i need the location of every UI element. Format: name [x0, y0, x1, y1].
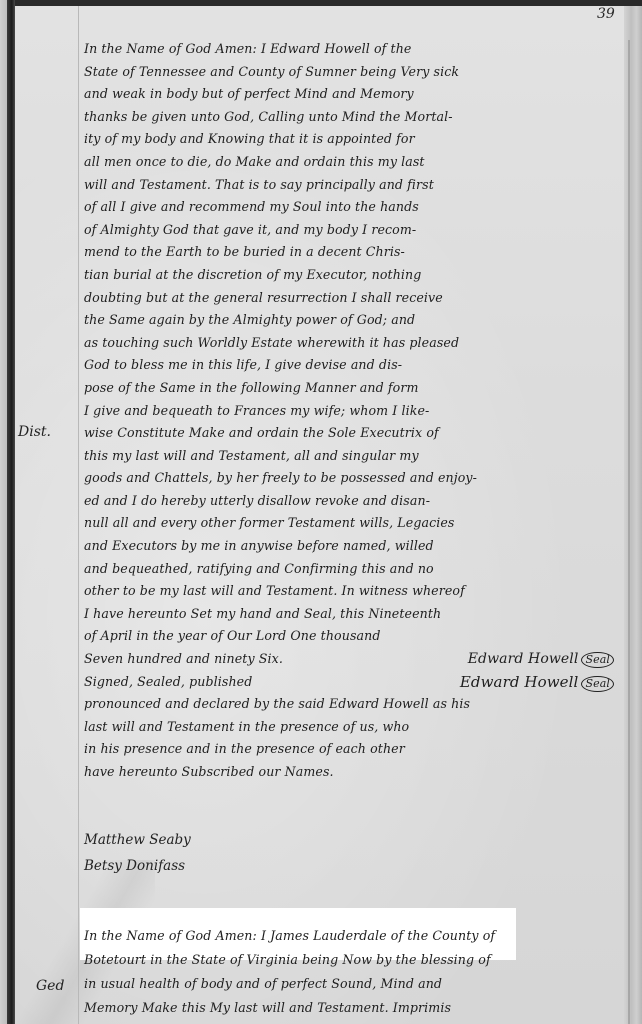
attestation-line: last will and Testament in the presence … [84, 716, 624, 739]
signature-name: Edward Howell [468, 651, 579, 667]
will-line: of April in the year of Our Lord One tho… [84, 625, 624, 648]
page-number: 39 [597, 6, 615, 22]
attestation-line: have hereunto Subscribed our Names. [84, 761, 624, 784]
will-line: tian burial at the discretion of my Exec… [84, 264, 624, 287]
will-line: and Executors by me in anywise before na… [84, 535, 624, 558]
seal-mark: Seal [581, 676, 614, 692]
will-line: mend to the Earth to be buried in a dece… [84, 241, 624, 264]
will-line: all men once to die, do Make and ordain … [84, 151, 624, 174]
will-line: doubting but at the general resurrection… [84, 287, 624, 310]
margin-note-dist: Dist. [18, 424, 51, 440]
will-line: and weak in body but of perfect Mind and… [84, 83, 624, 106]
attestation-line: pronounced and declared by the said Edwa… [84, 693, 624, 716]
testator-signature-2: Edward HowellSeal [460, 671, 614, 694]
will-line: I have hereunto Set my hand and Seal, th… [84, 603, 624, 626]
will-line: Signed, Sealed, published Edward HowellS… [84, 671, 624, 694]
will-line: of all I give and recommend my Soul into… [84, 196, 624, 219]
will-1-body: In the Name of God Amen: I Edward Howell… [84, 38, 624, 784]
witness-signature-1: Matthew Seaby [84, 832, 191, 848]
facing-page-edge [0, 0, 7, 1024]
will-line: and bequeathed, ratifying and Confirming… [84, 558, 624, 581]
will-line: pose of the Same in the following Manner… [84, 377, 624, 400]
will-line: will and Testament. That is to say princ… [84, 174, 624, 197]
will-line: God to bless me in this life, I give dev… [84, 354, 624, 377]
will-line-text: Seven hundred and ninety Six. [84, 651, 283, 666]
signed-line-text: Signed, Sealed, published [84, 674, 252, 689]
page-right-edge [624, 6, 642, 1024]
will-line: In the Name of God Amen: I Edward Howell… [84, 38, 624, 61]
book-spine [7, 0, 15, 1024]
will-line: Seven hundred and ninety Six. Edward How… [84, 648, 624, 671]
will-2-line: Botetourt in the State of Virginia being… [84, 948, 634, 972]
will-line: ed and I do hereby utterly disallow revo… [84, 490, 624, 513]
will-line: null all and every other former Testamen… [84, 512, 624, 535]
will-line: of Almighty God that gave it, and my bod… [84, 219, 624, 242]
will-2-line: in usual health of body and of perfect S… [84, 972, 634, 996]
will-2-line-highlighted: In the Name of God Amen: I James Lauderd… [84, 924, 634, 948]
will-line: the Same again by the Almighty power of … [84, 309, 624, 332]
will-line: wise Constitute Make and ordain the Sole… [84, 422, 624, 445]
attestation-line: in his presence and in the presence of e… [84, 738, 624, 761]
will-line: goods and Chattels, by her freely to be … [84, 467, 624, 490]
seal-mark: Seal [581, 652, 614, 668]
testator-signature-1: Edward HowellSeal [468, 648, 614, 671]
will-line: this my last will and Testament, all and… [84, 445, 624, 468]
will-line: other to be my last will and Testament. … [84, 580, 624, 603]
margin-note-ged: Ged [36, 978, 64, 994]
will-line: ity of my body and Knowing that it is ap… [84, 128, 624, 151]
witness-signature-2: Betsy Donifass [84, 858, 185, 874]
will-line: State of Tennessee and County of Sumner … [84, 61, 624, 84]
will-line: as touching such Worldly Estate wherewit… [84, 332, 624, 355]
will-line: I give and bequeath to Frances my wife; … [84, 400, 624, 423]
signature-name: Edward Howell [460, 673, 579, 691]
will-2-body: In the Name of God Amen: I James Lauderd… [84, 924, 634, 1020]
will-2-line: Memory Make this My last will and Testam… [84, 996, 634, 1020]
page-crease [628, 40, 630, 1024]
margin-rule [78, 6, 79, 1024]
will-line: thanks be given unto God, Calling unto M… [84, 106, 624, 129]
